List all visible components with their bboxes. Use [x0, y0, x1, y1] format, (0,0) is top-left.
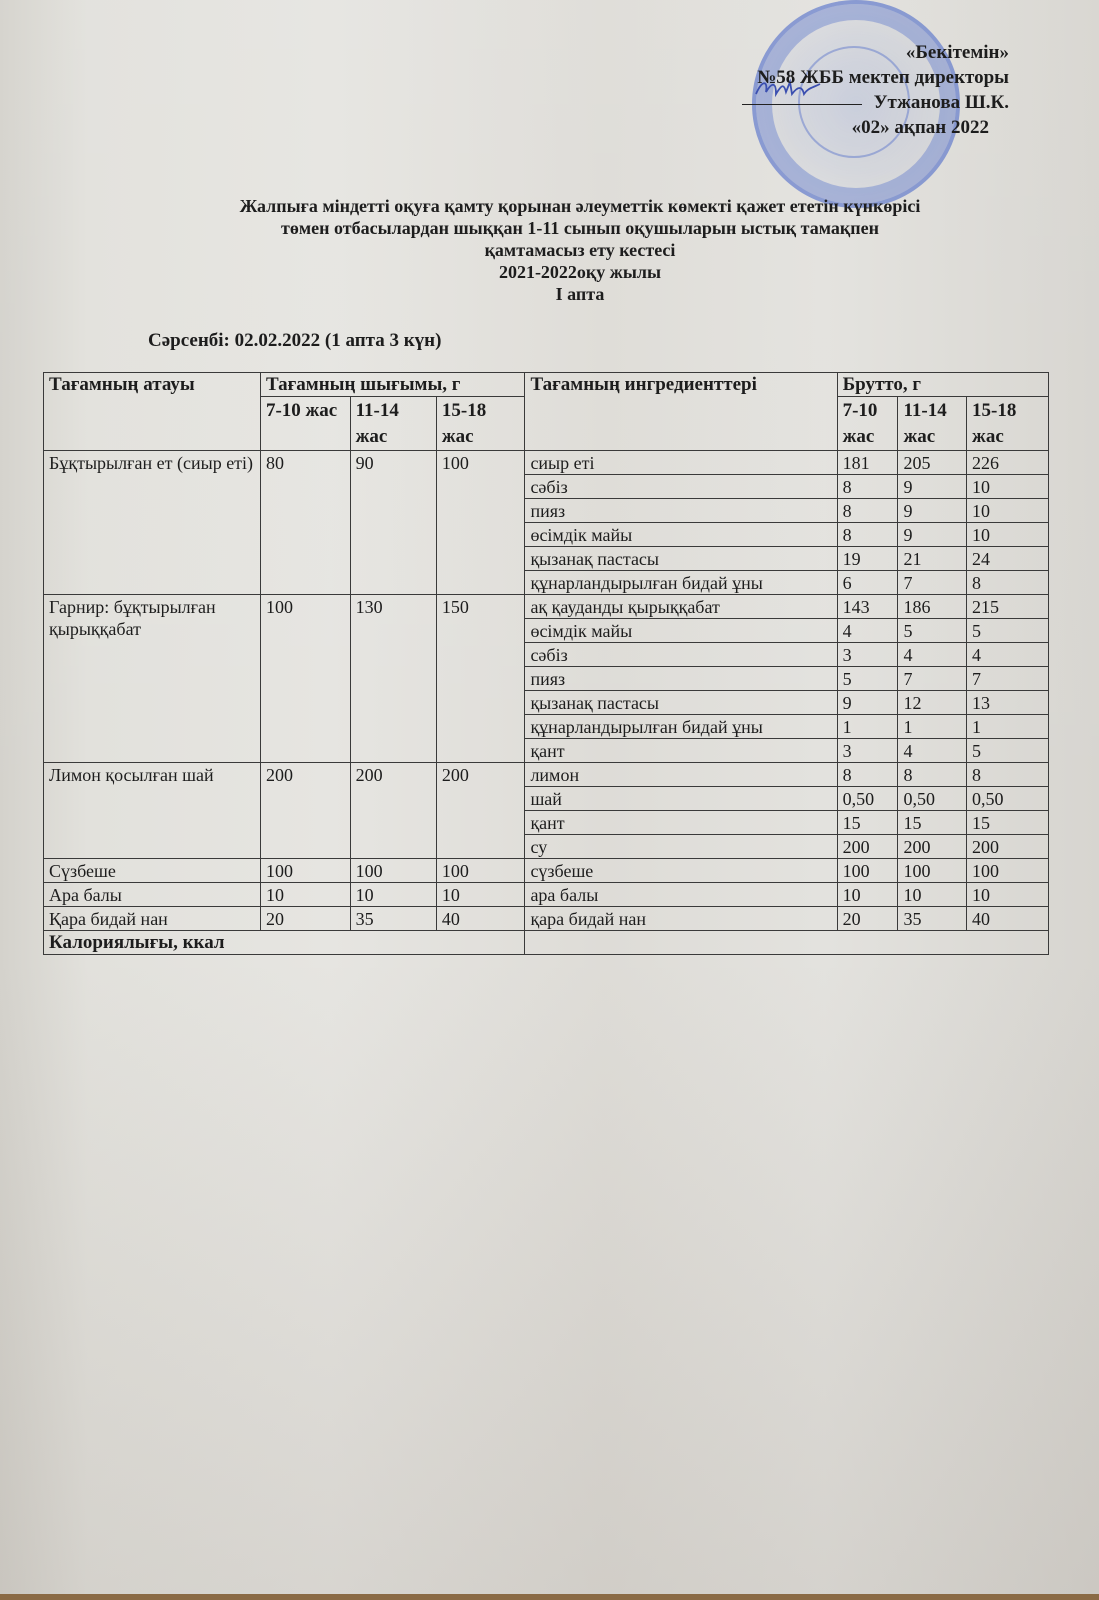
ingredient-brutto: 9	[898, 475, 967, 499]
ingredient-brutto: 10	[967, 475, 1049, 499]
dish-yield: 80	[260, 451, 350, 595]
approval-name: Утжанова Ш.К.	[757, 90, 1009, 115]
calories-label: Калориялығы, ккал	[44, 931, 525, 955]
ingredient-brutto: 40	[967, 907, 1049, 931]
ingredient-brutto: 9	[898, 499, 967, 523]
dish-yield: 10	[260, 883, 350, 907]
table-row: Сүзбеше100100100сүзбеше100100100	[44, 859, 1049, 883]
ingredient-brutto: 8	[967, 571, 1049, 595]
header-yield: Тағамның шығымы, г	[260, 373, 525, 397]
ingredient-brutto: 8	[837, 763, 898, 787]
ingredient-brutto: 200	[837, 835, 898, 859]
ingredient-name: сүзбеше	[525, 859, 837, 883]
ingredient-brutto: 186	[898, 595, 967, 619]
ingredient-name: ақ қауданды қырыққабат	[525, 595, 837, 619]
header-yield-11-14: 11-14 жас	[350, 397, 436, 451]
table-row: Гарнир: бұқтырылған қырыққабат100130150а…	[44, 595, 1049, 619]
table-row: Бұқтырылған ет (сиыр еті)8090100сиыр еті…	[44, 451, 1049, 475]
day-line: Сәрсенбі: 02.02.2022 (1 апта 3 күн)	[148, 330, 441, 352]
ingredient-brutto: 7	[898, 571, 967, 595]
ingredient-brutto: 4	[898, 739, 967, 763]
ingredient-brutto: 6	[837, 571, 898, 595]
approval-heading: «Бекітемін»	[757, 40, 1009, 65]
title-year: 2021-2022оқу жылы	[140, 261, 1020, 283]
ingredient-brutto: 4	[837, 619, 898, 643]
header-brutto-11-14: 11-14 жас	[898, 397, 967, 451]
ingredient-brutto: 100	[898, 859, 967, 883]
ingredient-brutto: 5	[837, 667, 898, 691]
ingredient-brutto: 1	[967, 715, 1049, 739]
dish-yield: 100	[436, 451, 525, 595]
dish-yield: 20	[260, 907, 350, 931]
ingredient-name: өсімдік майы	[525, 619, 837, 643]
ingredient-brutto: 0,50	[967, 787, 1049, 811]
ingredient-name: қант	[525, 739, 837, 763]
ingredient-brutto: 20	[837, 907, 898, 931]
ingredient-brutto: 15	[837, 811, 898, 835]
ingredient-brutto: 8	[837, 523, 898, 547]
ingredient-brutto: 5	[967, 619, 1049, 643]
ingredient-name: пияз	[525, 499, 837, 523]
dish-yield: 150	[436, 595, 525, 763]
ingredient-brutto: 8	[837, 475, 898, 499]
ingredient-brutto: 226	[967, 451, 1049, 475]
ingredient-name: сәбіз	[525, 475, 837, 499]
header-brutto: Брутто, г	[837, 373, 1048, 397]
ingredient-brutto: 13	[967, 691, 1049, 715]
approval-director: №58 ЖББ мектеп директоры	[757, 65, 1009, 90]
ingredient-brutto: 181	[837, 451, 898, 475]
dish-yield: 130	[350, 595, 436, 763]
title-line-3: қамтамасыз ету кестесі	[140, 239, 1020, 261]
title-line-1: Жалпыға міндетті оқуға қамту қорынан әле…	[140, 195, 1020, 217]
ingredient-name: пияз	[525, 667, 837, 691]
ingredient-name: қант	[525, 811, 837, 835]
dish-yield: 100	[436, 859, 525, 883]
ingredient-brutto: 200	[967, 835, 1049, 859]
ingredient-name: ара балы	[525, 883, 837, 907]
dish-yield: 90	[350, 451, 436, 595]
dish-yield: 35	[350, 907, 436, 931]
ingredient-name: сәбіз	[525, 643, 837, 667]
header-brutto-15-18: 15-18 жас	[967, 397, 1049, 451]
title-week: І апта	[140, 283, 1020, 305]
document-title: Жалпыға міндетті оқуға қамту қорынан әле…	[140, 195, 1020, 305]
dish-yield: 100	[260, 595, 350, 763]
header-brutto-7-10: 7-10 жас	[837, 397, 898, 451]
dish-yield: 100	[260, 859, 350, 883]
ingredient-brutto: 35	[898, 907, 967, 931]
ingredient-brutto: 15	[898, 811, 967, 835]
ingredient-brutto: 9	[898, 523, 967, 547]
ingredient-brutto: 8	[837, 499, 898, 523]
ingredient-brutto: 3	[837, 643, 898, 667]
ingredient-brutto: 12	[898, 691, 967, 715]
ingredient-brutto: 100	[967, 859, 1049, 883]
ingredient-brutto: 24	[967, 547, 1049, 571]
dish-yield: 200	[260, 763, 350, 859]
title-line-2: төмен отбасылардан шыққан 1-11 сынып оқу…	[140, 217, 1020, 239]
dish-yield: 10	[350, 883, 436, 907]
ingredient-brutto: 0,50	[898, 787, 967, 811]
approval-block: «Бекітемін» №58 ЖББ мектеп директоры Утж…	[757, 40, 1009, 140]
ingredient-brutto: 8	[967, 763, 1049, 787]
ingredient-brutto: 9	[837, 691, 898, 715]
ingredient-name: құнарландырылған бидай ұны	[525, 571, 837, 595]
ingredient-brutto: 10	[898, 883, 967, 907]
ingredient-name: лимон	[525, 763, 837, 787]
ingredient-name: сиыр еті	[525, 451, 837, 475]
ingredient-brutto: 10	[967, 523, 1049, 547]
header-yield-7-10: 7-10 жас	[260, 397, 350, 451]
table-row: Қара бидай нан203540қара бидай нан203540	[44, 907, 1049, 931]
menu-table-body: Бұқтырылған ет (сиыр еті)8090100сиыр еті…	[44, 451, 1049, 931]
header-dish-name: Тағамның атауы	[44, 373, 261, 451]
header-yield-15-18: 15-18 жас	[436, 397, 525, 451]
table-row: Лимон қосылған шай200200200лимон888	[44, 763, 1049, 787]
ingredient-brutto: 7	[967, 667, 1049, 691]
ingredient-brutto: 15	[967, 811, 1049, 835]
header-ingredients: Тағамның ингредиенттері	[525, 373, 837, 451]
dish-name: Сүзбеше	[44, 859, 261, 883]
dish-yield: 200	[436, 763, 525, 859]
dish-yield: 100	[350, 859, 436, 883]
ingredient-brutto: 10	[967, 499, 1049, 523]
approval-date: «02» ақпан 2022	[757, 115, 989, 140]
dish-name: Қара бидай нан	[44, 907, 261, 931]
ingredient-name: қызанақ пастасы	[525, 691, 837, 715]
ingredient-brutto: 4	[967, 643, 1049, 667]
dish-yield: 40	[436, 907, 525, 931]
ingredient-name: қызанақ пастасы	[525, 547, 837, 571]
ingredient-brutto: 21	[898, 547, 967, 571]
dish-name: Ара балы	[44, 883, 261, 907]
ingredient-brutto: 143	[837, 595, 898, 619]
ingredient-brutto: 4	[898, 643, 967, 667]
dish-yield: 10	[436, 883, 525, 907]
ingredient-brutto: 3	[837, 739, 898, 763]
ingredient-brutto: 1	[898, 715, 967, 739]
ingredient-brutto: 0,50	[837, 787, 898, 811]
ingredient-name: шай	[525, 787, 837, 811]
ingredient-brutto: 8	[898, 763, 967, 787]
ingredient-name: құнарландырылған бидай ұны	[525, 715, 837, 739]
ingredient-brutto: 200	[898, 835, 967, 859]
ingredient-brutto: 5	[967, 739, 1049, 763]
calories-value	[525, 931, 1049, 955]
ingredient-brutto: 10	[837, 883, 898, 907]
ingredient-name: қара бидай нан	[525, 907, 837, 931]
desk-edge	[0, 1594, 1099, 1600]
ingredient-brutto: 19	[837, 547, 898, 571]
dish-name: Бұқтырылған ет (сиыр еті)	[44, 451, 261, 595]
ingredient-brutto: 100	[837, 859, 898, 883]
ingredient-brutto: 7	[898, 667, 967, 691]
dish-name: Гарнир: бұқтырылған қырыққабат	[44, 595, 261, 763]
ingredient-name: өсімдік майы	[525, 523, 837, 547]
dish-yield: 200	[350, 763, 436, 859]
ingredient-brutto: 5	[898, 619, 967, 643]
ingredient-brutto: 1	[837, 715, 898, 739]
ingredient-brutto: 205	[898, 451, 967, 475]
table-row: Ара балы101010ара балы101010	[44, 883, 1049, 907]
menu-table: Тағамның атауы Тағамның шығымы, г Тағамн…	[43, 372, 1049, 955]
ingredient-brutto: 10	[967, 883, 1049, 907]
ingredient-name: су	[525, 835, 837, 859]
dish-name: Лимон қосылған шай	[44, 763, 261, 859]
ingredient-brutto: 215	[967, 595, 1049, 619]
